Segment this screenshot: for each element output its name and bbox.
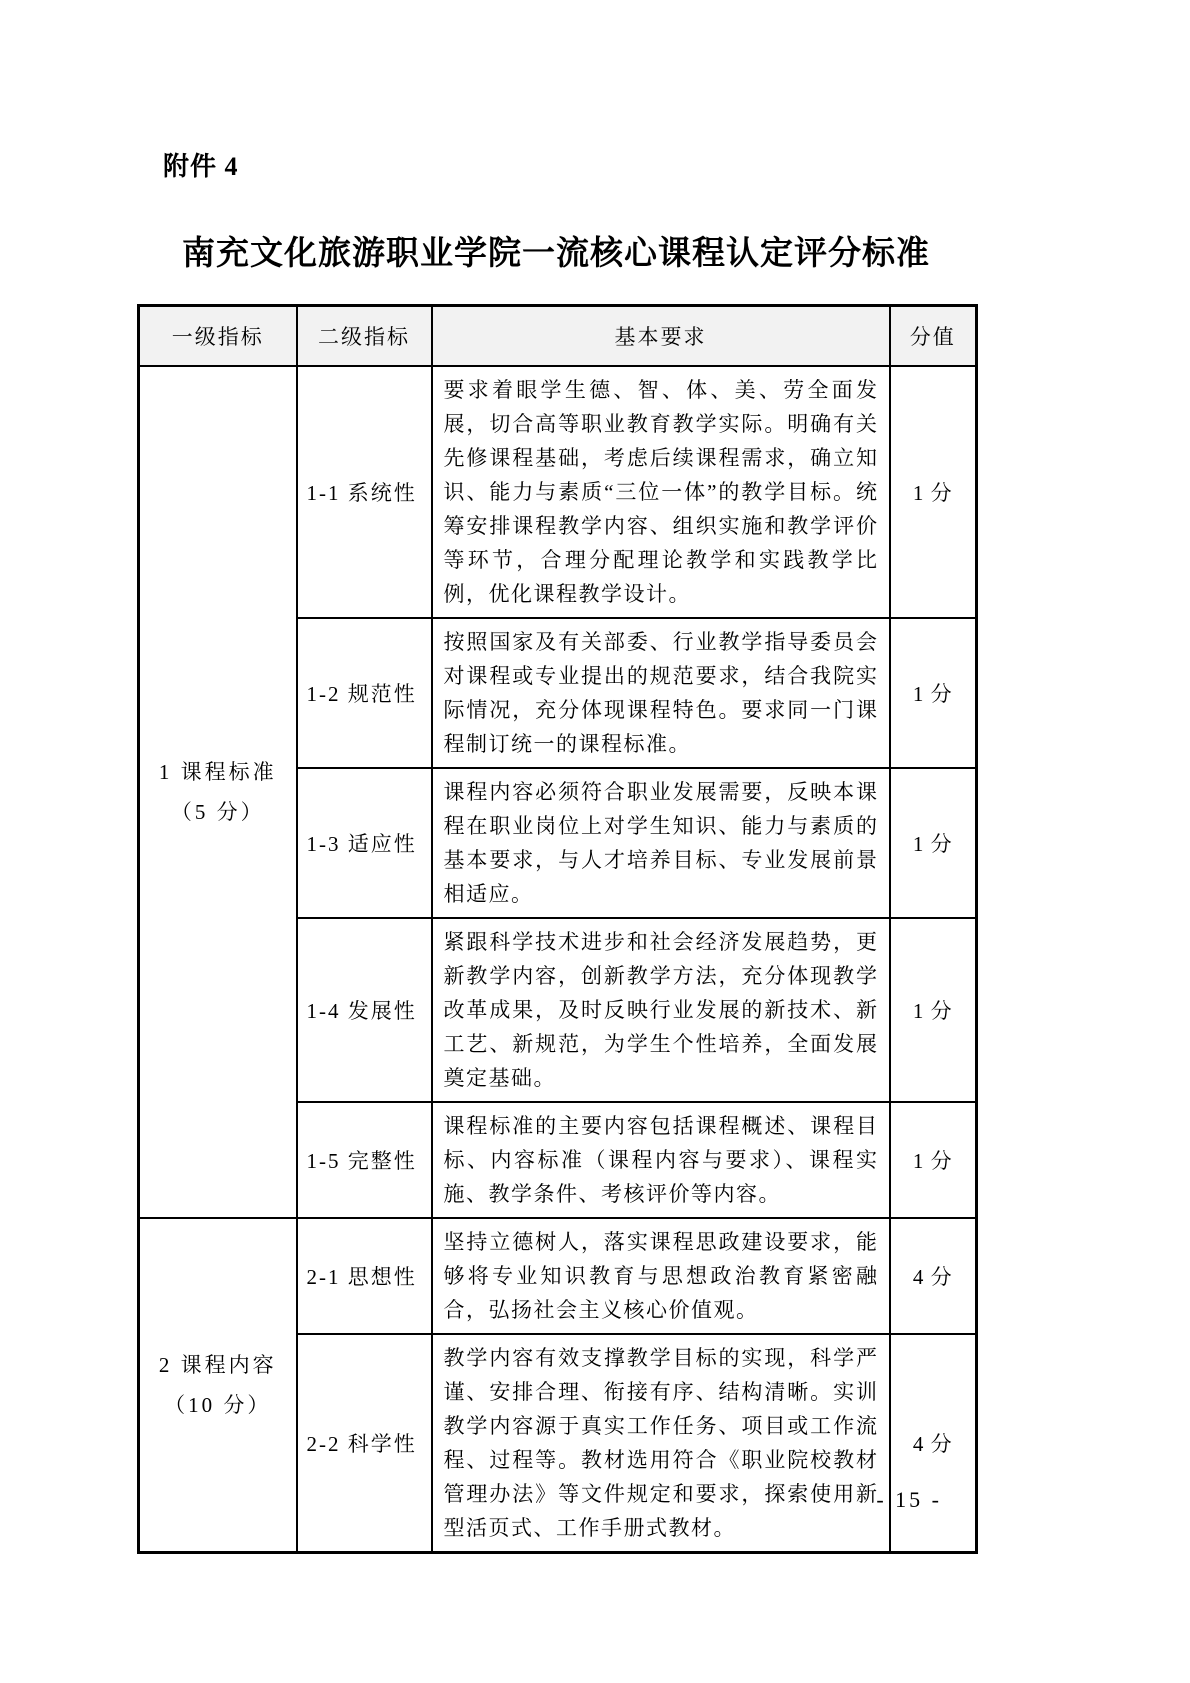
table-row: 2 课程内容 （10 分） 2-1 思想性 坚持立德树人，落实课程思政建设要求，… — [139, 1218, 977, 1334]
header-level1-indicator: 一级指标 — [139, 306, 297, 366]
requirement-text: 课程标准的主要内容包括课程概述、课程目标、内容标准（课程内容与要求）、课程实施、… — [432, 1102, 890, 1218]
requirement-text: 课程内容必须符合职业发展需要，反映本课程在职业岗位上对学生知识、能力与素质的基本… — [432, 768, 890, 918]
level2-indicator: 2-1 思想性 — [297, 1218, 432, 1334]
score-value: 1 分 — [890, 366, 977, 618]
level2-indicator: 2-2 科学性 — [297, 1334, 432, 1553]
page-title: 南充文化旅游职业学院一流核心课程认定评分标准 — [137, 227, 975, 274]
requirement-text: 坚持立德树人，落实课程思政建设要求，能够将专业知识教育与思想政治教育紧密融合，弘… — [432, 1218, 890, 1334]
requirement-text: 紧跟科学技术进步和社会经济发展趋势，更新教学内容，创新教学方法，充分体现教学改革… — [432, 918, 890, 1102]
page-number: - 15 - — [0, 1487, 1190, 1513]
level2-indicator: 1-5 完整性 — [297, 1102, 432, 1218]
score-value: 1 分 — [890, 918, 977, 1102]
requirement-text: 要求着眼学生德、智、体、美、劳全面发展，切合高等职业教育教学实际。明确有关先修课… — [432, 366, 890, 618]
requirement-text: 按照国家及有关部委、行业教学指导委员会对课程或专业提出的规范要求，结合我院实际情… — [432, 618, 890, 768]
scoring-standard-table: 一级指标 二级指标 基本要求 分值 1 课程标准 （5 分） 1-1 系统性 要… — [137, 304, 978, 1554]
score-value: 4 分 — [890, 1218, 977, 1334]
level2-indicator: 1-4 发展性 — [297, 918, 432, 1102]
level1-score: （5 分） — [140, 792, 296, 832]
header-score: 分值 — [890, 306, 977, 366]
table-header-row: 一级指标 二级指标 基本要求 分值 — [139, 306, 977, 366]
level1-group-course-standard: 1 课程标准 （5 分） — [139, 366, 297, 1218]
level1-score: （10 分） — [140, 1385, 296, 1425]
header-level2-indicator: 二级指标 — [297, 306, 432, 366]
requirement-text: 教学内容有效支撑教学目标的实现，科学严谨、安排合理、衔接有序、结构清晰。实训教学… — [432, 1334, 890, 1553]
table-row: 1 课程标准 （5 分） 1-1 系统性 要求着眼学生德、智、体、美、劳全面发展… — [139, 366, 977, 618]
score-value: 1 分 — [890, 768, 977, 918]
level2-indicator: 1-3 适应性 — [297, 768, 432, 918]
level1-name: 2 课程内容 — [140, 1345, 296, 1385]
score-value: 1 分 — [890, 1102, 977, 1218]
document-content: 附件 4 南充文化旅游职业学院一流核心课程认定评分标准 一级指标 二级指标 基本… — [137, 146, 975, 1554]
level1-name: 1 课程标准 — [140, 752, 296, 792]
level2-indicator: 1-1 系统性 — [297, 366, 432, 618]
attachment-label: 附件 4 — [163, 146, 975, 183]
score-value: 1 分 — [890, 618, 977, 768]
score-value: 4 分 — [890, 1334, 977, 1553]
header-basic-requirement: 基本要求 — [432, 306, 890, 366]
level2-indicator: 1-2 规范性 — [297, 618, 432, 768]
document-page: 附件 4 南充文化旅游职业学院一流核心课程认定评分标准 一级指标 二级指标 基本… — [0, 0, 1190, 1683]
